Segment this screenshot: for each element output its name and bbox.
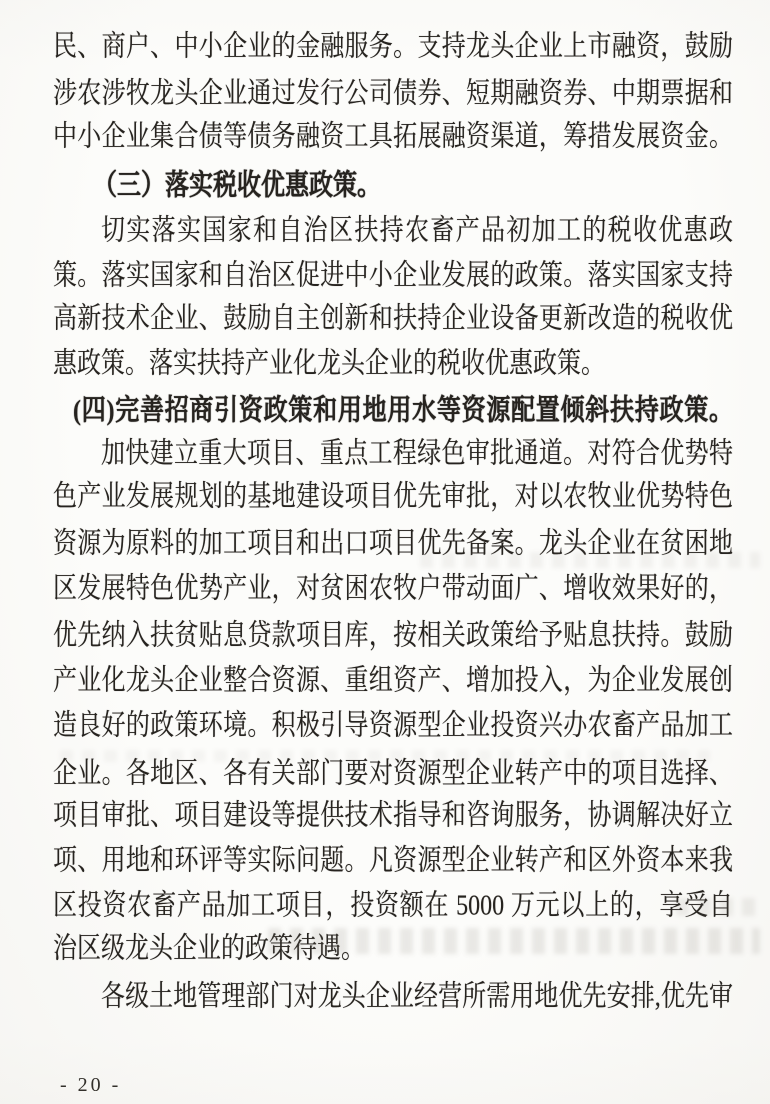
text-line: 各级土地管理部门对龙头企业经营所需用地优先安排,优先审 [53, 979, 733, 1015]
text-line: 加快建立重大项目、重点工程绿色审批通道。对符合优势特 [53, 436, 733, 472]
text-line: 治区级龙头企业的政策待遇。 [53, 931, 733, 967]
text-line: 策。落实国家和自治区促进中小企业发展的政策。落实国家支持 [53, 258, 733, 294]
section-heading-four: (四)完善招商引资政策和用地用水等资源配置倾斜扶持政策。 [53, 393, 733, 429]
text-line: 高新技术企业、鼓励自主创新和扶持企业设备更新改造的税收优 [53, 301, 733, 337]
section-heading-three: （三）落实税收优惠政策。 [53, 168, 733, 204]
text-line: 中小企业集合债等债务融资工具拓展融资渠道，筹措发展资金。 [53, 119, 733, 155]
text-line: 惠政策。落实扶持产业化龙头企业的税收优惠政策。 [53, 346, 733, 382]
text-line: 项目审批、项目建设等提供技术指导和咨询服务，协调解决好立 [53, 798, 733, 834]
text-line: 区发展特色优势产业，对贫困农牧户带动面广、增收效果好的， [53, 571, 733, 607]
text-line: 切实落实国家和自治区扶持农畜产品初加工的税收优惠政 [53, 213, 733, 249]
text-line: 产业化龙头企业整合资源、重组资产、增加投入，为企业发展创 [53, 663, 733, 699]
page-number: - 20 - [60, 1074, 121, 1097]
text-line: 涉农涉牧龙头企业通过发行公司债券、短期融资券、中期票据和 [53, 76, 733, 112]
text-line: 企业。各地区、各有关部门要对资源型企业转产中的项目选择、 [53, 756, 733, 792]
text-line: 优先纳入扶贫贴息贷款项目库，按相关政策给予贴息扶持。鼓励 [53, 618, 733, 654]
document-page: 民、商户、中小企业的金融服务。支持龙头企业上市融资，鼓励 涉农涉牧龙头企业通过发… [0, 0, 770, 1104]
text-line: 色产业发展规划的基地建设项目优先审批，对以农牧业优势特色 [53, 479, 733, 515]
text-line: 造良好的政策环境。积极引导资源型企业投资兴办农畜产品加工 [53, 708, 733, 744]
text-line: 民、商户、中小企业的金融服务。支持龙头企业上市融资，鼓励 [53, 29, 733, 65]
text-line: 项、用地和环评等实际问题。凡资源型企业转产和区外资本来我 [53, 843, 733, 879]
text-line: 区投资农畜产品加工项目，投资额在 5000 万元以上的，享受自 [53, 888, 733, 924]
text-line: 资源为原料的加工项目和出口项目优先备案。龙头企业在贫困地 [53, 526, 733, 562]
